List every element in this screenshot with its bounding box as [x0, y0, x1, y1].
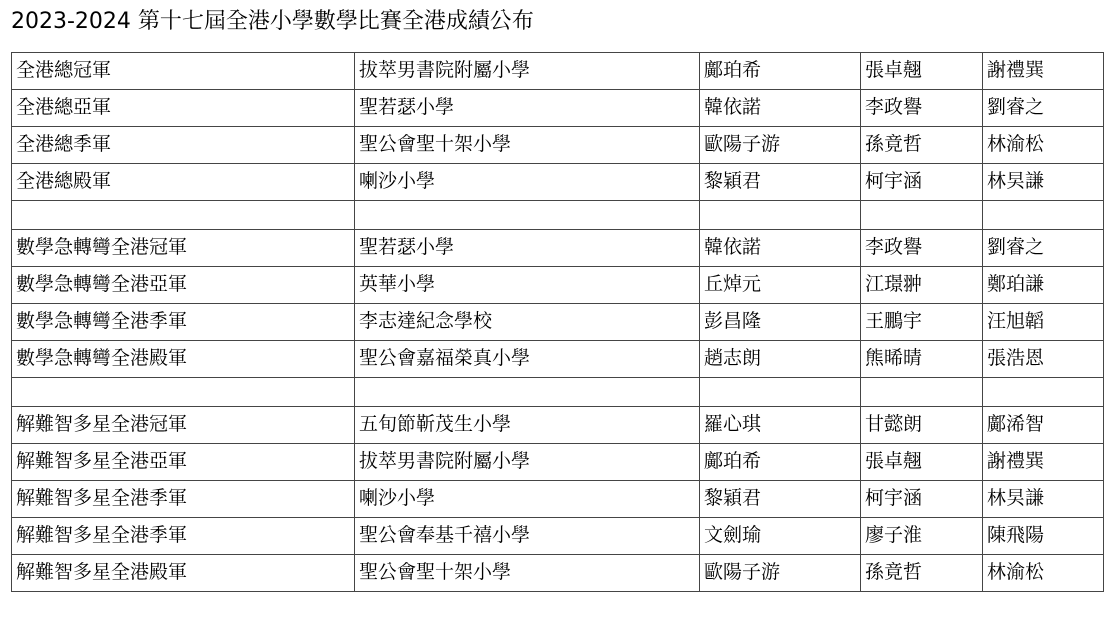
table-cell: 柯宇涵	[861, 163, 983, 200]
table-cell: 喇沙小學	[355, 480, 700, 517]
table-cell: 劉睿之	[983, 229, 1104, 266]
table-cell: 解難智多星全港亞軍	[12, 443, 355, 480]
table-cell: 解難智多星全港殿軍	[12, 554, 355, 591]
table-cell: 解難智多星全港冠軍	[12, 406, 355, 443]
table-cell: 黎穎君	[700, 480, 861, 517]
table-cell: 全港總季軍	[12, 126, 355, 163]
results-table-body: 全港總冠軍拔萃男書院附屬小學鄺珀希張卓翹謝禮巽全港總亞軍聖若瑟小學韓依諾李政譽劉…	[12, 52, 1104, 591]
table-cell: 李政譽	[861, 229, 983, 266]
table-cell: 聖公會奉基千禧小學	[355, 517, 700, 554]
table-row: 解難智多星全港殿軍聖公會聖十架小學歐陽子游孫竟哲林渝松	[12, 554, 1104, 591]
table-cell: 全港總殿軍	[12, 163, 355, 200]
table-cell	[861, 200, 983, 229]
table-cell: 韓依諾	[700, 89, 861, 126]
table-cell	[700, 200, 861, 229]
table-cell: 全港總亞軍	[12, 89, 355, 126]
table-cell: 拔萃男書院附屬小學	[355, 52, 700, 89]
table-cell: 張卓翹	[861, 52, 983, 89]
table-cell: 文劍瑜	[700, 517, 861, 554]
table-row: 全港總殿軍喇沙小學黎穎君柯宇涵林旲謙	[12, 163, 1104, 200]
table-cell: 孫竟哲	[861, 554, 983, 591]
table-cell: 孫竟哲	[861, 126, 983, 163]
page-title: 2023-2024 第十七屆全港小學數學比賽全港成績公布	[11, 8, 1111, 37]
table-cell: 數學急轉彎全港亞軍	[12, 266, 355, 303]
table-cell: 解難智多星全港季軍	[12, 480, 355, 517]
table-cell: 韓依諾	[700, 229, 861, 266]
table-row: 全港總冠軍拔萃男書院附屬小學鄺珀希張卓翹謝禮巽	[12, 52, 1104, 89]
table-cell: 數學急轉彎全港殿軍	[12, 340, 355, 377]
results-table: 全港總冠軍拔萃男書院附屬小學鄺珀希張卓翹謝禮巽全港總亞軍聖若瑟小學韓依諾李政譽劉…	[11, 52, 1104, 592]
table-cell	[12, 200, 355, 229]
table-cell: 聖若瑟小學	[355, 89, 700, 126]
table-row: 全港總亞軍聖若瑟小學韓依諾李政譽劉睿之	[12, 89, 1104, 126]
table-cell	[355, 377, 700, 406]
table-cell	[355, 200, 700, 229]
table-row: 解難智多星全港亞軍拔萃男書院附屬小學鄺珀希張卓翹謝禮巽	[12, 443, 1104, 480]
table-row: 解難智多星全港冠軍五旬節靳茂生小學羅心琪甘懿朗鄺浠智	[12, 406, 1104, 443]
table-cell: 廖子淮	[861, 517, 983, 554]
table-cell: 林渝松	[983, 126, 1104, 163]
table-cell: 英華小學	[355, 266, 700, 303]
table-cell: 王鵬宇	[861, 303, 983, 340]
table-cell: 謝禮巽	[983, 52, 1104, 89]
table-row: 全港總季軍聖公會聖十架小學歐陽子游孫竟哲林渝松	[12, 126, 1104, 163]
spacer-row	[12, 377, 1104, 406]
table-cell: 謝禮巽	[983, 443, 1104, 480]
table-cell: 丘焯元	[700, 266, 861, 303]
table-cell: 聖公會聖十架小學	[355, 126, 700, 163]
table-cell: 林渝松	[983, 554, 1104, 591]
table-cell: 鄺浠智	[983, 406, 1104, 443]
table-cell: 張卓翹	[861, 443, 983, 480]
table-cell: 聖若瑟小學	[355, 229, 700, 266]
table-cell: 鄭珀謙	[983, 266, 1104, 303]
table-cell: 數學急轉彎全港季軍	[12, 303, 355, 340]
table-cell: 五旬節靳茂生小學	[355, 406, 700, 443]
table-cell: 張浩恩	[983, 340, 1104, 377]
table-cell: 解難智多星全港季軍	[12, 517, 355, 554]
table-cell: 歐陽子游	[700, 126, 861, 163]
table-cell: 彭昌隆	[700, 303, 861, 340]
table-cell: 聖公會嘉福榮真小學	[355, 340, 700, 377]
table-cell: 熊晞晴	[861, 340, 983, 377]
table-row: 數學急轉彎全港冠軍聖若瑟小學韓依諾李政譽劉睿之	[12, 229, 1104, 266]
table-cell: 林旲謙	[983, 163, 1104, 200]
table-cell: 劉睿之	[983, 89, 1104, 126]
table-cell	[700, 377, 861, 406]
table-row: 數學急轉彎全港季軍李志達紀念學校彭昌隆王鵬宇汪旭韜	[12, 303, 1104, 340]
table-cell: 李政譽	[861, 89, 983, 126]
table-cell: 陳飛陽	[983, 517, 1104, 554]
table-cell: 甘懿朗	[861, 406, 983, 443]
table-row: 數學急轉彎全港亞軍英華小學丘焯元江璟翀鄭珀謙	[12, 266, 1104, 303]
table-cell	[983, 200, 1104, 229]
table-cell: 全港總冠軍	[12, 52, 355, 89]
table-cell	[12, 377, 355, 406]
table-row: 解難智多星全港季軍喇沙小學黎穎君柯宇涵林旲謙	[12, 480, 1104, 517]
table-cell: 趙志朗	[700, 340, 861, 377]
table-cell	[983, 377, 1104, 406]
table-cell: 黎穎君	[700, 163, 861, 200]
table-cell: 數學急轉彎全港冠軍	[12, 229, 355, 266]
table-cell: 羅心琪	[700, 406, 861, 443]
table-cell: 喇沙小學	[355, 163, 700, 200]
table-cell: 江璟翀	[861, 266, 983, 303]
table-cell	[861, 377, 983, 406]
table-cell: 李志達紀念學校	[355, 303, 700, 340]
table-cell: 聖公會聖十架小學	[355, 554, 700, 591]
table-row: 解難智多星全港季軍聖公會奉基千禧小學文劍瑜廖子淮陳飛陽	[12, 517, 1104, 554]
table-row: 數學急轉彎全港殿軍聖公會嘉福榮真小學趙志朗熊晞晴張浩恩	[12, 340, 1104, 377]
spacer-row	[12, 200, 1104, 229]
table-cell: 柯宇涵	[861, 480, 983, 517]
table-cell: 鄺珀希	[700, 443, 861, 480]
table-cell: 汪旭韜	[983, 303, 1104, 340]
table-cell: 拔萃男書院附屬小學	[355, 443, 700, 480]
table-cell: 林旲謙	[983, 480, 1104, 517]
table-cell: 歐陽子游	[700, 554, 861, 591]
table-cell: 鄺珀希	[700, 52, 861, 89]
